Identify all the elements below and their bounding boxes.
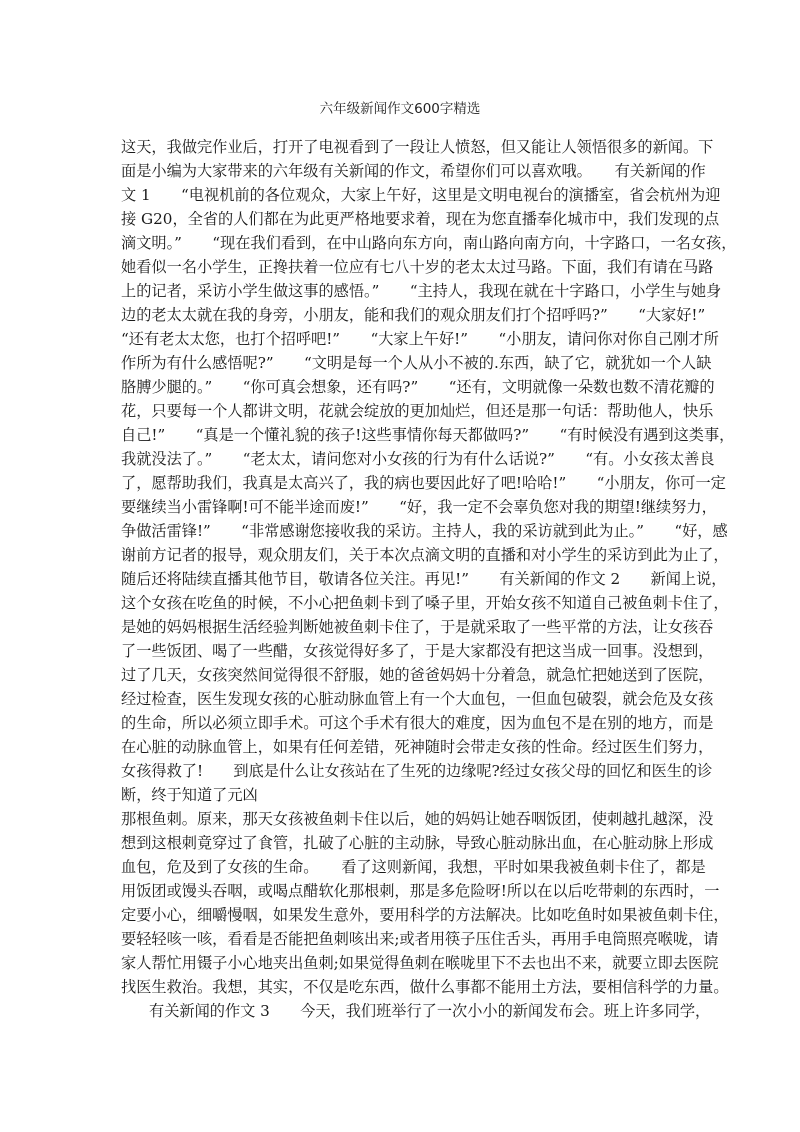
document-title: 六年级新闻作文600字精选 [0,97,800,117]
text-line: 上的记者，采访小学生做这事的感悟。” “主持人，我现在就在十字路口，小学生与她身 [121,279,685,303]
text-line: 是她的妈妈根据生活经验判断她被鱼刺卡住了，于是就采取了一些平常的方法，让女孩吞 [121,615,685,639]
text-line: 我就没法了。” “老太太，请问您对小女孩的行为有什么话说?” “有。小女孩太善良 [121,447,685,471]
text-line: 文 1 “电视机前的各位观众，大家上午好，这里是文明电视台的演播室，省会杭州为迎 [121,183,685,207]
text-line: 定要小心，细嚼慢咽，如果发生意外，要用科学的方法解决。比如吃鱼时如果被鱼刺卡住， [121,903,685,927]
text-line: 花，只要每一个人都讲文明，花就会绽放的更加灿烂，但还是那一句话：帮助他人，快乐 [121,399,685,423]
text-line: 过了几天，女孩突然间觉得很不舒服，她的爸爸妈妈十分着急，就急忙把她送到了医院， [121,663,685,687]
document-body: 这天，我做完作业后，打开了电视看到了一段让人愤怒，但又能让人领悟很多的新闻。下 … [121,135,685,1023]
text-line: 接 G20，全省的人们都在为此更严格地要求着，现在为您直播奉化城市中，我们发现的… [121,207,685,231]
text-line: 边的老太太就在我的身旁，小朋友，能和我们的观众朋友们打个招呼吗?” “大家好!” [121,303,685,327]
text-line: 女孩得救了! 到底是什么让女孩站在了生死的边缘呢?经过女孩父母的回忆和医生的诊 [121,759,685,783]
text-line: 想到这根刺竟穿过了食管，扎破了心脏的主动脉，导致心脏动脉出血，在心脏动脉上形成 [121,831,685,855]
text-line: 在心脏的动脉血管上，如果有任何差错，死神随时会带走女孩的性命。经过医生们努力， [121,735,685,759]
text-line: 血包，危及到了女孩的生命。 看了这则新闻，我想，平时如果我被鱼刺卡住了，都是 [121,855,685,879]
text-line: “还有老太太您，也打个招呼吧!” “大家上午好!” “小朋友，请问你对你自己刚才… [121,327,685,351]
text-line: 了一些饭团、喝了一些醋，女孩觉得好多了，于是大家都没有把这当成一回事。没想到， [121,639,685,663]
text-line: 谢前方记者的报导，观众朋友们，关于本次点滴文明的直播和对小学生的采访到此为止了， [121,543,685,567]
text-line: 自己!” “真是一个懂礼貌的孩子!这些事情你每天都做吗?” “有时候没有遇到这类… [121,423,685,447]
text-line: 有关新闻的作文 3 今天，我们班举行了一次小小的新闻发布会。班上许多同学， [121,999,685,1023]
text-line: 滴文明。” “现在我们看到，在中山路向东方向，南山路向南方向，十字路口，一名女孩… [121,231,685,255]
text-line: 的生命，所以必须立即手术。可这个手术有很大的难度，因为血包不是在别的地方，而是 [121,711,685,735]
document-page: 六年级新闻作文600字精选 这天，我做完作业后，打开了电视看到了一段让人愤怒，但… [0,0,800,1132]
text-line: 了，愿帮助我们，我真是太高兴了，我的病也要因此好了吧!哈哈!” “小朋友，你可一… [121,471,685,495]
text-line: 经过检查，医生发现女孩的心脏动脉血管上有一个大血包，一但血包破裂，就会危及女孩 [121,687,685,711]
text-line: 这天，我做完作业后，打开了电视看到了一段让人愤怒，但又能让人领悟很多的新闻。下 [121,135,685,159]
text-line: 面是小编为大家带来的六年级有关新闻的作文，希望你们可以喜欢哦。 有关新闻的作 [121,159,685,183]
text-line: 用饭团或馒头吞咽，或喝点醋软化那根刺，那是多危险呀!所以在以后吃带刺的东西时，一 [121,879,685,903]
text-line: 那根鱼刺。原来，那天女孩被鱼刺卡住以后，她的妈妈让她吞咽饭团，使刺越扎越深，没 [121,807,685,831]
text-line: 她看似一名小学生，正搀扶着一位应有七八十岁的老太太过马路。下面，我们有请在马路 [121,255,685,279]
text-line: 断，终于知道了元凶 [121,783,685,807]
text-line: 随后还将陆续直播其他节目，敬请各位关注。再见!” 有关新闻的作文 2 新闻上说， [121,567,685,591]
text-line: 找医生救治。我想，其实，不仅是吃东西，做什么事都不能用土方法，要相信科学的力量。 [121,975,685,999]
text-line: 这个女孩在吃鱼的时候，不小心把鱼刺卡到了嗓子里，开始女孩不知道自己被鱼刺卡住了， [121,591,685,615]
text-line: 家人帮忙用镊子小心地夹出鱼刺;如果觉得鱼刺在喉咙里下不去也出不来，就要立即去医院 [121,951,685,975]
text-line: 作所为有什么感悟呢?” “文明是每一个人从小不被的.东西，缺了它，就犹如一个人缺 [121,351,685,375]
text-line: 要继续当小雷锋啊!可不能半途而废!” “好，我一定不会辜负您对我的期望!继续努力… [121,495,685,519]
text-line: 胳膊少腿的。” “你可真会想象，还有吗?” “还有，文明就像一朵数也数不清花瓣的 [121,375,685,399]
text-line: 争做活雷锋!” “非常感谢您接收我的采访。主持人，我的采访就到此为止。” “好，… [121,519,685,543]
text-line: 要轻轻咳一咳，看看是否能把鱼刺咳出来;或者用筷子压住舌头，再用手电筒照亮喉咙，请 [121,927,685,951]
